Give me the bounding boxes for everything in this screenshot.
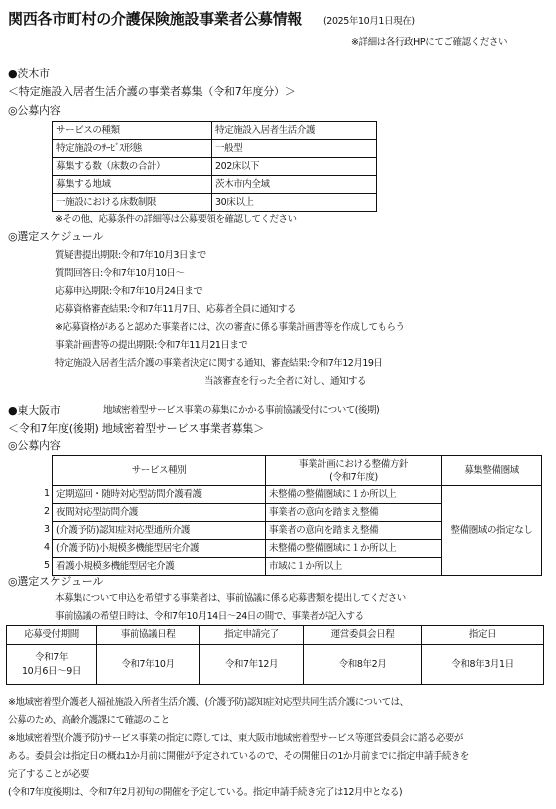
header-application-complete: 指定申請完了 [200,626,304,645]
schedule-item: 応募資格審査結果:令和7年11月7日、応募者全員に通知する [55,305,296,315]
schedule-item: 当該審査を行った全者に対し、通知する [204,377,366,387]
row-number: 1 [40,489,50,499]
row-number: 2 [40,507,50,517]
schedule-item: 特定施設入居者生活介護の事業者決定に関する通知、審査結果:令和7年12月19日 [55,359,382,369]
header-committee-schedule: 運営委員会日程 [304,626,422,645]
table-key: 特定施設のｻｰﾋﾞｽ形態 [53,140,212,158]
schedule-item: 事前協議の希望日時は、令和7年10月14日～24日の間で、事業者が記入する [55,612,364,622]
table-row: 一施設における床数制限30床以上 [53,194,377,212]
higashiosaka-content-heading: ◎公募内容 [8,440,61,451]
table-row: 特定施設のｻｰﾋﾞｽ形態一般型 [53,140,377,158]
service-area: 整備圏域の指定なし [442,486,542,576]
application-period-line2: 10月6日～9日 [22,666,81,677]
application-period: 令和7年10月6日～9日 [7,645,97,685]
footnote: 公募のため、高齢介護課にて確認のこと [8,716,170,726]
service-name: (介護予防)認知症対応型通所介護 [53,522,266,540]
table-row: 募集する数（床数の合計）202床以下 [53,158,377,176]
ibaraki-content-heading: ◎公募内容 [8,105,61,116]
service-policy: 事業者の意向を踏まえ整備 [266,504,442,522]
table-header-row: サービス種別 事業計画における整備方針(令和7年度) 募集整備圏域 [53,456,542,486]
higashiosaka-service-table: サービス種別 事業計画における整備方針(令和7年度) 募集整備圏域 定期巡回・随… [52,455,542,576]
row-number: 3 [40,525,50,535]
schedule-item: 事業計画書等の提出期限:令和7年11月21日まで [55,341,247,351]
service-policy: 市域に１か所以上 [266,558,442,576]
row-number: 4 [40,543,50,553]
header-consultation-schedule: 事前協議日程 [97,626,200,645]
page-title: 関西各市町村の介護保険施設事業者公募情報 [8,12,302,27]
ibaraki-subtitle: ＜特定施設入居者生活介護の事業者募集（令和7年度分）＞ [8,86,296,97]
service-name: 定期巡回・随時対応型訪問介護看護 [53,486,266,504]
footnote: (令和7年度後期は、令和7年2月初旬の開催を予定している。指定申請手続き完了は1… [8,788,402,798]
table-header-row: 応募受付期間 事前協議日程 指定申請完了 運営委員会日程 指定日 [7,626,544,645]
higashiosaka-description: 地域密着型サービス事業の募集にかかる事前協議受付について(後期) [103,406,379,416]
table-value: 一般型 [212,140,377,158]
footnote: ※地域密着型(介護予防)サービス事業の指定に際しては、東大阪市地域密着型サービス… [8,734,463,744]
schedule-item: 質問回答日:令和7年10月10日～ [55,269,184,279]
service-policy: 事業者の意向を踏まえ整備 [266,522,442,540]
schedule-item: 質疑書提出期限:令和7年10月3日まで [55,251,206,261]
higashiosaka-subtitle: ＜令和7年度(後期) 地域密着型サービス事業者募集＞ [8,423,264,434]
application-period-line1: 令和7年 [35,652,68,663]
schedule-item: 応募申込期限:令和7年10月24日まで [55,287,202,297]
table-key: 募集する地域 [53,176,212,194]
consultation-schedule: 令和7年10月 [97,645,200,685]
table-row: 募集する地域茨木市内全域 [53,176,377,194]
city-higashiosaka: ●東大阪市 [8,405,61,416]
schedule-item: 本募集について申込を希望する事業者は、事前協議に係る応募書類を提出してください [55,594,406,604]
service-name: 夜間対応型訪問介護 [53,504,266,522]
header-policy-line2: (令和7年度) [329,472,378,483]
city-ibaraki: ●茨木市 [8,68,50,79]
as-of-date: (2025年10月1日現在) [323,17,415,27]
header-policy-line1: 事業計画における整備方針 [299,459,408,470]
header-application-period: 応募受付期間 [7,626,97,645]
header-service-type: サービス種別 [53,456,266,486]
table-value: 特定施設入居者生活介護 [212,122,377,140]
table-value: 茨木市内全域 [212,176,377,194]
table-value: 30床以上 [212,194,377,212]
table-row: サービスの種類特定施設入居者生活介護 [53,122,377,140]
application-complete: 令和7年12月 [200,645,304,685]
header-designation-date: 指定日 [422,626,544,645]
table-key: 一施設における床数制限 [53,194,212,212]
header-area: 募集整備圏域 [442,456,542,486]
service-name: 看護小規模多機能型居宅介護 [53,558,266,576]
service-policy: 未整備の整備圏域に１か所以上 [266,540,442,558]
service-name: (介護予防)小規模多機能型居宅介護 [53,540,266,558]
header-note: ※詳細は各行政HPにてご確認ください [351,38,507,48]
service-policy: 未整備の整備圏域に１か所以上 [266,486,442,504]
table-row: 定期巡回・随時対応型訪問介護看護 未整備の整備圏域に１か所以上 整備圏域の指定な… [53,486,542,504]
header-policy: 事業計画における整備方針(令和7年度) [266,456,442,486]
ibaraki-recruitment-table: サービスの種類特定施設入居者生活介護 特定施設のｻｰﾋﾞｽ形態一般型 募集する数… [52,121,377,212]
schedule-item: ※応募資格があると認めた事業者には、次の審査に係る事業計画書等を作成してもらう [55,323,404,333]
table-key: 募集する数（床数の合計） [53,158,212,176]
table-value: 202床以下 [212,158,377,176]
higashiosaka-schedule-heading: ◎選定スケジュール [8,576,103,587]
table-key: サービスの種類 [53,122,212,140]
row-number: 5 [40,561,50,571]
footnote: ※地域密着型介護老人福祉施設入所者生活介護、(介護予防)認知症対応型共同生活介護… [8,698,409,708]
footnote: 完了することが必要 [8,770,89,780]
higashiosaka-schedule-table: 応募受付期間 事前協議日程 指定申請完了 運営委員会日程 指定日 令和7年10月… [6,625,544,685]
table-row: 令和7年10月6日～9日 令和7年10月 令和7年12月 令和8年2月 令和8年… [7,645,544,685]
committee-schedule: 令和8年2月 [304,645,422,685]
designation-date: 令和8年3月1日 [422,645,544,685]
footnote: ある。委員会は指定日の概ね1か月前に開催が予定されているので、その開催日の1か月… [8,752,469,762]
ibaraki-schedule-heading: ◎選定スケジュール [8,231,103,242]
ibaraki-table-note: ※その他、応募条件の詳細等は公募要領を確認してください [55,215,296,225]
